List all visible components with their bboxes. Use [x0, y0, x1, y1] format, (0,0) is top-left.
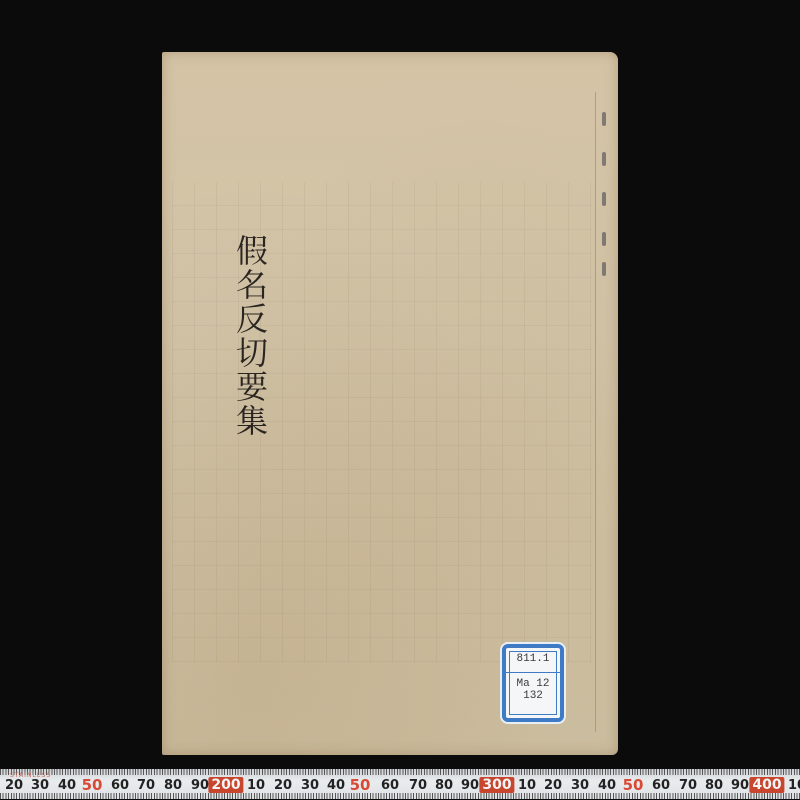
ruler-mark: 70: [409, 778, 427, 793]
ruler-mark: 20: [5, 778, 23, 793]
ruler-mark: 60: [652, 778, 670, 793]
ruler-mark: 80: [705, 778, 723, 793]
ruler-mark: 80: [435, 778, 453, 793]
ruler-mark: 80: [164, 778, 182, 793]
stitch-mark: [602, 152, 606, 166]
ruler-mark: 10: [518, 778, 536, 793]
ruler-mark: 50: [350, 776, 371, 794]
ruler-mark: 40: [598, 778, 616, 793]
ruler-mark: 10: [247, 778, 265, 793]
ruler-mark: 30: [571, 778, 589, 793]
call-number-author: Ma 12 132: [506, 678, 560, 702]
stitch-mark: [602, 262, 606, 276]
ruler-mark: 200: [208, 777, 243, 793]
label-divider: [506, 672, 560, 673]
call-number-class: 811.1: [506, 653, 560, 665]
book-title: 假名反切要集: [216, 234, 266, 438]
ruler-mark: 20: [544, 778, 562, 793]
library-call-number-label: 811.1 Ma 12 132: [502, 644, 564, 722]
ruler-mark: 90: [461, 778, 479, 793]
ruler-mark: 30: [301, 778, 319, 793]
ruler-mark: 300: [479, 777, 514, 793]
ruler-mark: 60: [381, 778, 399, 793]
ruler-mark: 30: [31, 778, 49, 793]
ruler-mark: 50: [82, 776, 103, 794]
stitch-mark: [602, 192, 606, 206]
measuring-ruler: STAINLESS 203040506070809020010203040506…: [0, 769, 800, 799]
book-spine-binding: [595, 92, 610, 732]
ruler-mark: 400: [749, 777, 784, 793]
ruler-mark: 10: [788, 778, 800, 793]
ruler-ticks-bottom: [0, 793, 800, 799]
ruler-mark: 90: [191, 778, 209, 793]
ruler-mark: 90: [731, 778, 749, 793]
ruler-mark: 50: [623, 776, 644, 794]
ruler-mark: 60: [111, 778, 129, 793]
ruler-mark: 70: [679, 778, 697, 793]
ruler-mark: 20: [274, 778, 292, 793]
ruler-ticks-top: [0, 769, 800, 775]
ruler-mark: 70: [137, 778, 155, 793]
stitch-mark: [602, 112, 606, 126]
ruler-mark: 40: [327, 778, 345, 793]
call-number-line3: 132: [506, 690, 560, 702]
book-cover: 假名反切要集 811.1 Ma 12 132: [162, 52, 618, 755]
ruler-mark: 40: [58, 778, 76, 793]
stitch-mark: [602, 232, 606, 246]
call-number-line2: Ma 12: [506, 678, 560, 690]
